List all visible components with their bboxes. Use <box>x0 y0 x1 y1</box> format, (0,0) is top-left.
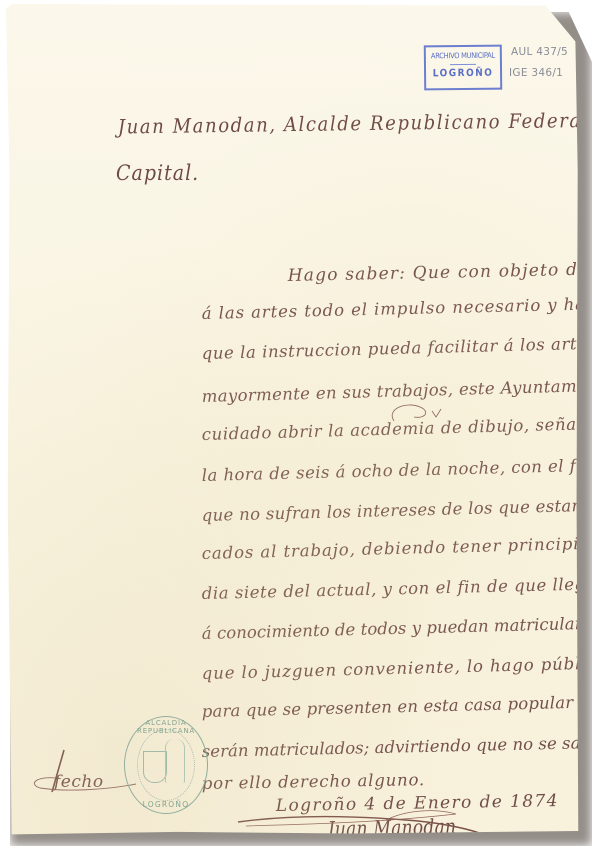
reference-note-1: AUL 437/5 <box>511 46 568 58</box>
archive-stamp-line1: ARCHIVO MUNICIPAL <box>426 51 500 61</box>
body-line: que lo juzguen conveniente, lo hago públ… <box>202 653 596 683</box>
body-line: que no sufran los intereses de los que e… <box>202 495 596 525</box>
body-line: que la instruccion pueda facilitar á los… <box>202 333 596 363</box>
seal-bottom-text: LOGROÑO <box>125 800 207 809</box>
body-line: cados al trabajo, debiendo tener princip… <box>202 533 596 563</box>
document-page: ARCHIVO MUNICIPAL LOGROÑO AUL 437/5 IGE … <box>6 4 580 836</box>
heading-line-1: Juan Manodan, Alcalde Republicano Federa… <box>118 108 596 139</box>
seal-crest-icon <box>143 751 167 783</box>
alcaldia-seal: ALCALDIA REPUBLICANA LOGROÑO <box>124 716 208 814</box>
archive-stamp-line2: LOGROÑO <box>426 68 500 80</box>
heading-line-2: Capital. <box>116 161 199 186</box>
seal-top-text: ALCALDIA REPUBLICANA <box>125 719 207 735</box>
reference-note-2: IGE 346/1 <box>509 67 563 79</box>
body-line: la hora de seis á ocho de la noche, con … <box>202 455 596 485</box>
archive-stamp: ARCHIVO MUNICIPAL LOGROÑO <box>424 45 502 91</box>
body-line: á conocimiento de todos y puedan matricu… <box>202 613 596 643</box>
body-line: Hago saber: Que con objeto de dar <box>288 259 596 286</box>
seal-figure-icon <box>165 739 185 783</box>
body-line: por ello derecho alguno. <box>202 770 425 793</box>
body-line: serán matriculados; advirtiendo que no s… <box>202 732 596 761</box>
body-line: para que se presenten en esta casa popul… <box>202 692 596 721</box>
body-line: dia siete del actual, y con el fin de qu… <box>202 574 596 603</box>
rubric-flourish <box>386 399 446 429</box>
body-line: á las artes todo el impulso necesario y … <box>202 294 596 323</box>
archive-stamp-divider <box>450 64 476 65</box>
